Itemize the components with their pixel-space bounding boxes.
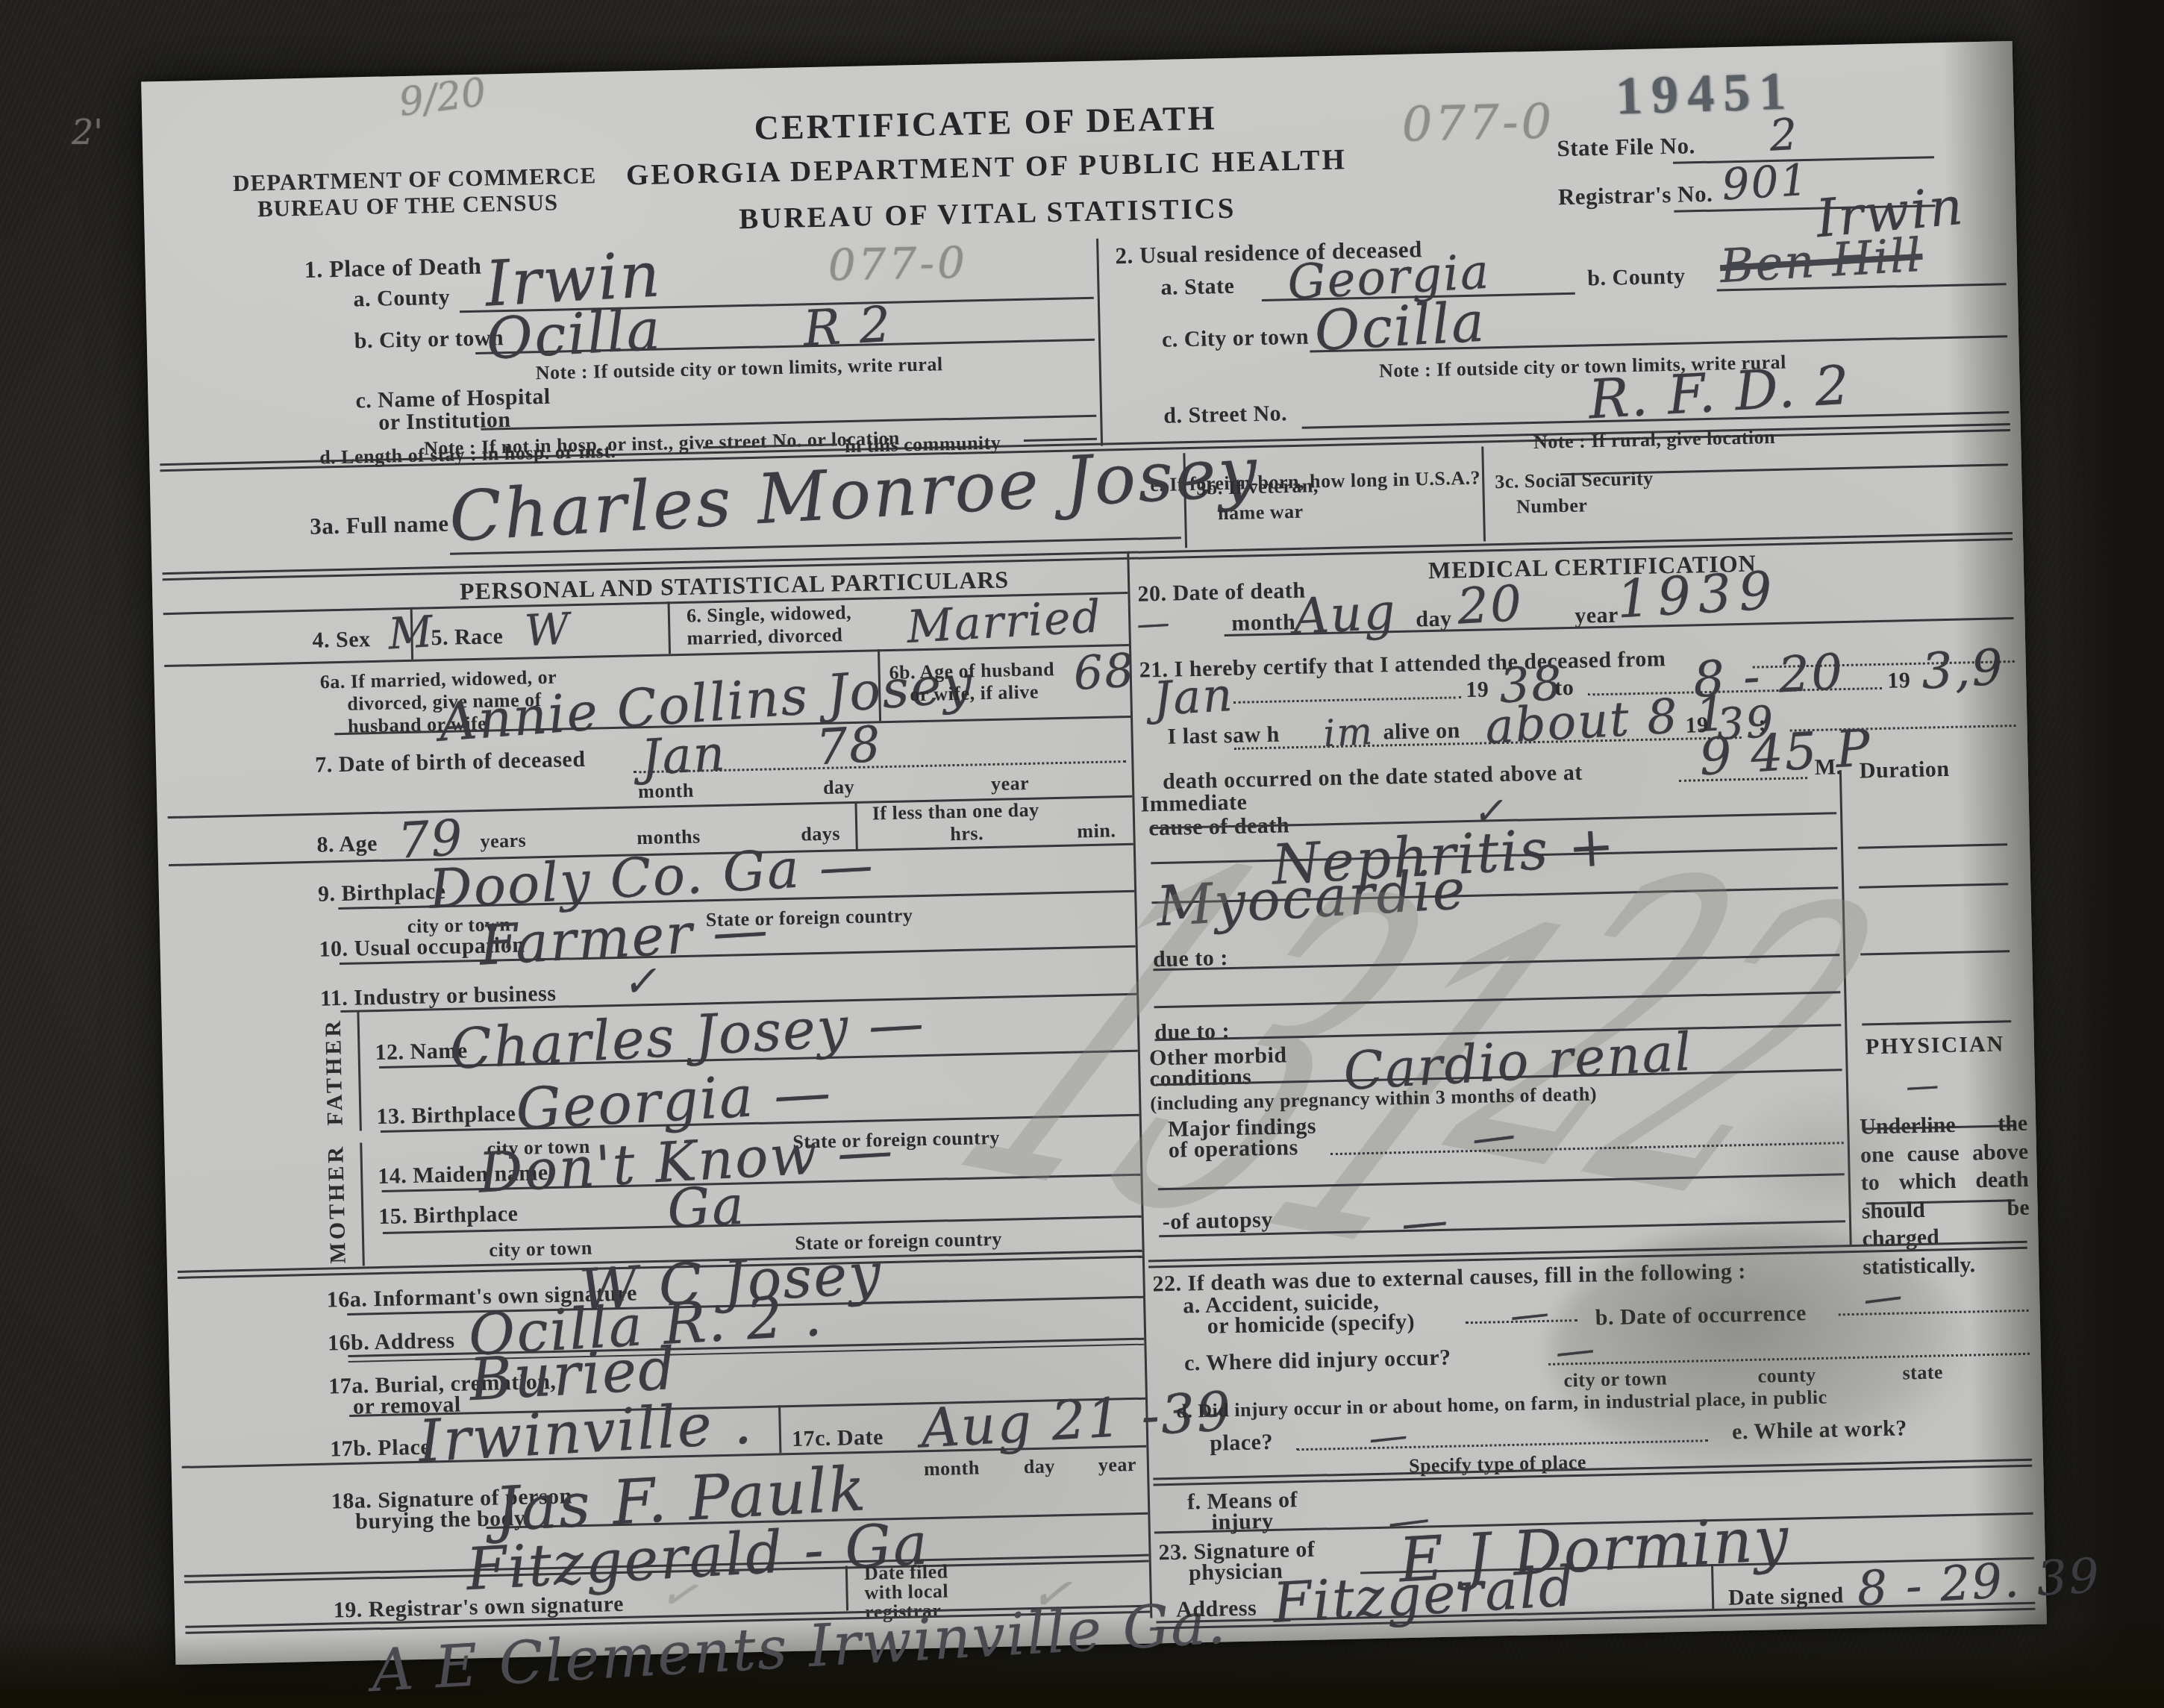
- duration-line-4: [1862, 1020, 2011, 1025]
- stay-label: d. Length of stay : in hosp. or inst.: [319, 441, 616, 468]
- title-line3: BUREAU OF VITAL STATISTICS: [659, 192, 1316, 237]
- medical-section-title: MEDICAL CERTIFICATION: [1316, 548, 1869, 586]
- burial-col-day: day: [1024, 1456, 1056, 1477]
- hospital-label-2: or Institution: [378, 408, 511, 434]
- burial-place-label: 17b. Place: [330, 1436, 431, 1461]
- accident-label-2: or homicide (specify): [1207, 1310, 1416, 1339]
- age-lessday-label: If less than one day: [872, 800, 1039, 824]
- place-q-label: place?: [1210, 1430, 1273, 1455]
- county-label: a. County: [353, 286, 450, 311]
- marital-value: Married: [905, 590, 1103, 654]
- ssn-label-1: 3c. Social Security: [1495, 469, 1654, 492]
- age-label: 8. Age: [316, 832, 378, 857]
- residence-city-label: c. City or town: [1162, 325, 1310, 352]
- certificate-paper: DEPARTMENT OF COMMERCE BUREAU OF THE CEN…: [141, 41, 2047, 1665]
- state-file-no-value: 2: [1768, 109, 1800, 161]
- autopsy-label: -of autopsy: [1162, 1208, 1273, 1234]
- occurred-m-label: M.: [1814, 755, 1842, 779]
- spouse-age-value: 68: [1072, 642, 1137, 701]
- father-birthplace-label: 13. Birthplace: [376, 1102, 516, 1129]
- dod-col-day: day: [1416, 607, 1452, 631]
- where-label: c. Where did injury occur?: [1184, 1346, 1451, 1375]
- findings-label-2: of operations: [1168, 1136, 1298, 1162]
- dob-col-day: day: [823, 777, 855, 798]
- title-line2: GEORGIA DEPARTMENT OF PUBLIC HEALTH: [584, 144, 1390, 192]
- father-bracket-line: [357, 1012, 361, 1131]
- date-of-death-label: 20. Date of death: [1137, 579, 1306, 606]
- lastsaw-label-1: I last saw h: [1167, 723, 1280, 749]
- ssn-label-2: Number: [1516, 495, 1588, 516]
- age-years-label: years: [480, 830, 526, 852]
- dod-month-value: Aug: [1292, 583, 1398, 646]
- city-value-2: R 2: [801, 295, 893, 358]
- findings-value: —: [1469, 1108, 1519, 1164]
- dob-col-year: year: [991, 773, 1030, 794]
- certificate-content: DEPARTMENT OF COMMERCE BUREAU OF THE CEN…: [141, 41, 2047, 1665]
- place-code-pencil: 077-0: [828, 237, 969, 291]
- race-label: 5. Race: [431, 625, 503, 650]
- industry-checkmark: ✓: [621, 957, 660, 1007]
- veteran-label-2: name war: [1218, 501, 1304, 524]
- title-line1: CERTIFICATE OF DEATH: [657, 98, 1314, 148]
- row456-divider-2: [668, 601, 672, 654]
- name-row-divider-2: [1481, 446, 1486, 541]
- physician-sign-label-2: physician: [1189, 1560, 1283, 1585]
- physician-address-label: Address: [1176, 1596, 1257, 1621]
- residence-state-label: a. State: [1160, 275, 1235, 300]
- mother-bracket-line: [360, 1142, 365, 1266]
- attended-from-value: Jan: [1151, 667, 1235, 726]
- physician-column-dash: —: [1905, 1066, 1942, 1107]
- dob-col-month: month: [638, 781, 694, 802]
- date-of-death-dash: —: [1136, 604, 1172, 644]
- dod-day-value: 20: [1456, 575, 1525, 636]
- place-q-value: —: [1366, 1413, 1411, 1462]
- scanned-death-certificate: { "scan": { "sheet_number": "9/20", "mar…: [0, 0, 2164, 1708]
- age-hrs-label: hrs.: [950, 823, 984, 844]
- note-rural: Note : If rural, give location: [1533, 427, 1776, 452]
- physician-column-label: PHYSICIAN: [1866, 1032, 2005, 1059]
- sheet-number-pencil: 9/20: [396, 70, 488, 125]
- spouse-age-label-1: 6b. Age of husband: [889, 659, 1054, 683]
- accident-value: —: [1508, 1290, 1553, 1339]
- dod-col-year: year: [1574, 604, 1619, 628]
- residence-county-label: b. County: [1587, 265, 1686, 290]
- marital-label-2: married, divorced: [687, 625, 842, 648]
- sex-label: 4. Sex: [312, 628, 371, 652]
- lastsaw-label-2: alive on: [1383, 719, 1460, 744]
- place-of-death-label: 1. Place of Death: [304, 254, 481, 283]
- mother-group-label: MOTHER: [322, 1092, 353, 1316]
- city-label: b. City or town: [354, 326, 504, 353]
- registrar-no-label: Registrar's No.: [1558, 182, 1713, 210]
- dod-col-month: month: [1231, 610, 1296, 635]
- race-value: W: [523, 603, 572, 656]
- duration-line-3: [1860, 950, 2010, 955]
- hospital-line: [481, 415, 1096, 431]
- dob-label: 7. Date of birth of deceased: [315, 748, 586, 777]
- full-name-label: 3a. Full name: [310, 512, 449, 539]
- top-section-divider: [1096, 239, 1103, 446]
- burial-col-month: month: [924, 1458, 980, 1480]
- attended-printed-19a: 19: [1466, 678, 1489, 701]
- informant-address-label: 16b. Address: [328, 1329, 455, 1355]
- margin-pencil-mark: 2': [72, 112, 103, 152]
- state-file-no-label: State File No.: [1557, 134, 1695, 161]
- street-label: d. Street No.: [1163, 401, 1288, 428]
- veteran-label-1: 3b. If veteran,: [1196, 475, 1319, 498]
- residence-code-pencil: 077-0: [1401, 94, 1555, 152]
- mother-birthplace-label: 15. Birthplace: [378, 1202, 519, 1229]
- external-rule: [1153, 1459, 2032, 1486]
- burial-row-divider: [778, 1405, 781, 1453]
- spouse-age-label-2: or wife, if alive: [910, 682, 1039, 705]
- registrar-no-value: 901: [1721, 154, 1810, 210]
- attended-from-line: [1233, 696, 1461, 704]
- dob-month-value: Jan: [639, 725, 728, 786]
- burial-col-year: year: [1098, 1454, 1137, 1475]
- duration-label: Duration: [1860, 757, 1950, 783]
- autopsy-value: —: [1399, 1192, 1451, 1251]
- burial-date-label: 17c. Date: [792, 1425, 884, 1451]
- age-min-label: min.: [1077, 820, 1116, 841]
- residence-city-value: Ocilla: [1313, 290, 1487, 363]
- agency-line2: BUREAU OF THE CENSUS: [257, 190, 559, 221]
- birthplace-label: 9. Birthplace: [318, 880, 446, 906]
- residence-county-value: Irwin: [1813, 175, 1966, 250]
- mother-birthplace-value: Ga: [666, 1174, 747, 1241]
- attended-to-year-value: 3,9: [1920, 638, 2006, 700]
- scan-backdrop-right-band: [2022, 0, 2164, 1708]
- marital-label-1: 6. Single, widowed,: [687, 602, 852, 626]
- dod-year-value: 1939: [1616, 560, 1781, 630]
- lastsaw-fill-value: im: [1322, 710, 1375, 756]
- attended-printed-19b: 19: [1887, 669, 1911, 692]
- dob-day-value: 78: [815, 716, 884, 777]
- morbid-label-2: conditions: [1149, 1065, 1251, 1090]
